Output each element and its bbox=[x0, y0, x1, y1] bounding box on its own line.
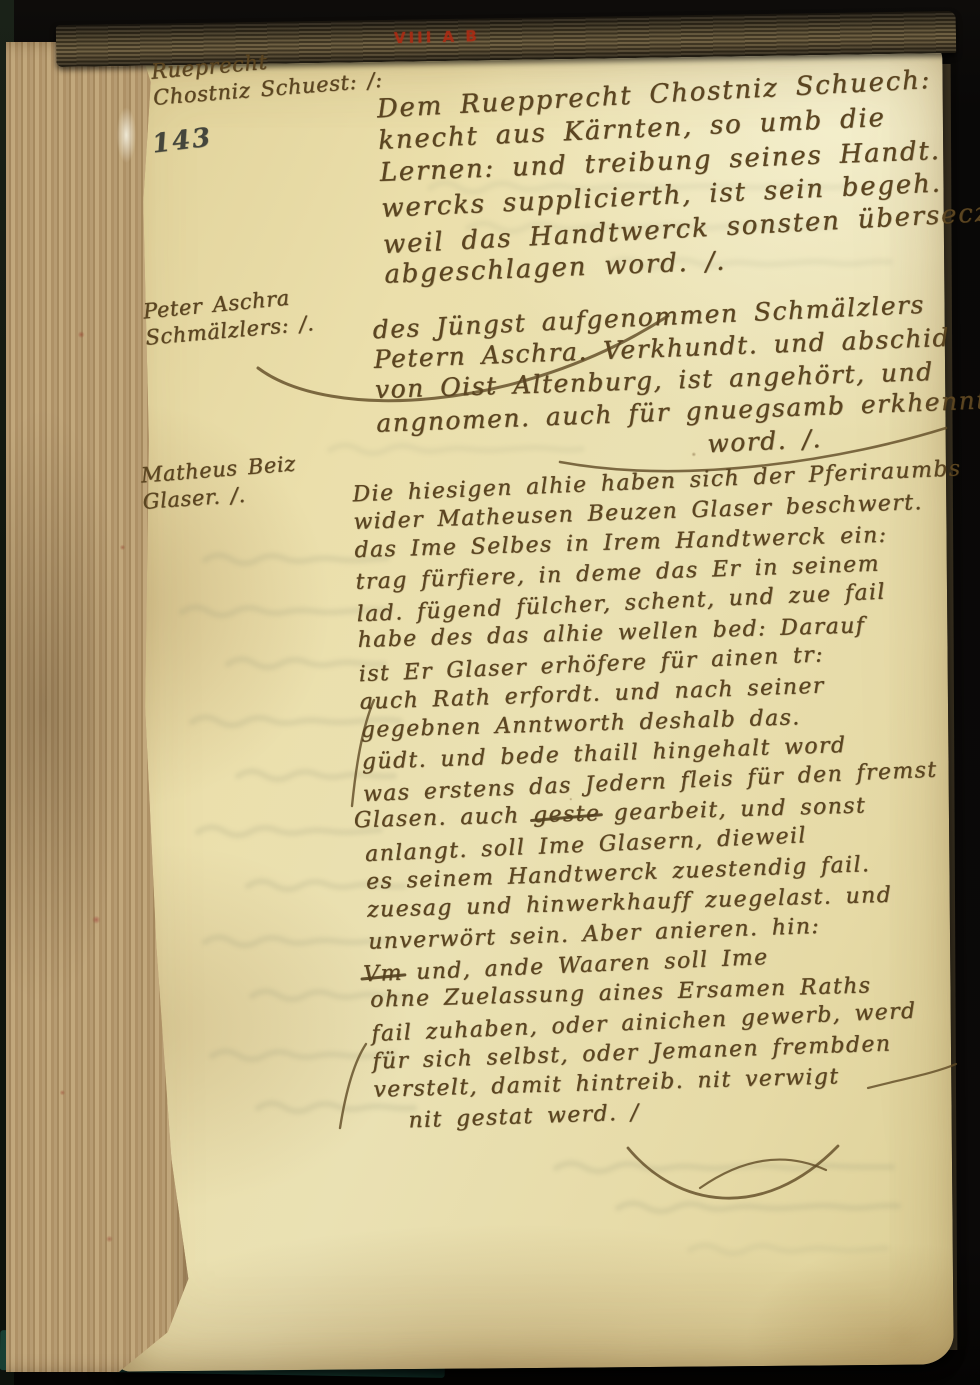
strike-pre: Glasen. auch bbox=[354, 803, 534, 833]
closing-tail bbox=[628, 1146, 838, 1198]
entry1-body: Dem Ruepprecht Chostniz Schuech: knecht … bbox=[376, 61, 980, 293]
photograph-stage: VIII A B 143 Rueprecht Chostniz Schuest:… bbox=[0, 0, 980, 1385]
entry3-body: Die hiesigen alhie haben sich der Pferir… bbox=[352, 457, 980, 1138]
entry2-body: des Jüngst aufgenommen Schmälzlers Peter… bbox=[372, 289, 980, 472]
struck-word: geste bbox=[533, 799, 601, 831]
margin-slash-2 bbox=[340, 1044, 366, 1128]
margin-note-entry3: Matheus Beiz Glaser. /. bbox=[140, 451, 299, 516]
